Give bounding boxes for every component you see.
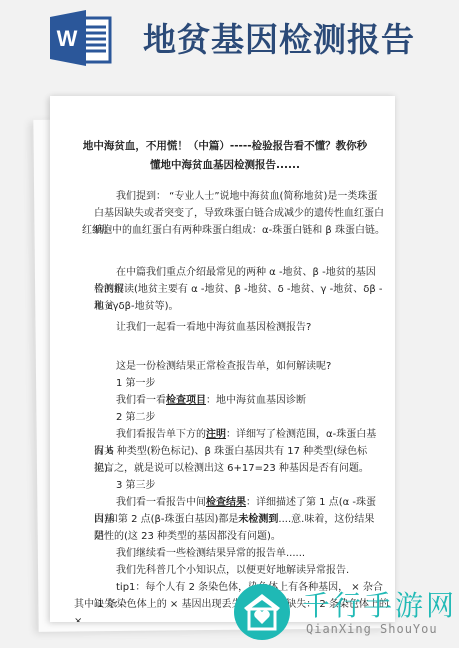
header: W 地贫基因检测报告 [0, 0, 459, 80]
word-icon: W [48, 8, 114, 68]
svg-text:W: W [57, 26, 78, 51]
paragraph-line: 和 εγδβ-地贫等)。 [94, 298, 384, 315]
house-heart-icon [234, 584, 290, 640]
not-detected-highlight: 未检测到 [238, 514, 278, 525]
article-heading-line1: 地中海贫血，不用慌！（中篇）-----检验报告看不懂？教你秒 [70, 136, 380, 156]
watermark-pinyin: QianXing ShouYou [306, 622, 438, 636]
paragraph-line: 让我们一起看一看地中海贫血基因检测报告? [94, 319, 384, 336]
paragraph-line: 我们继续看一些检测结果异常的报告单...... [94, 545, 384, 562]
site-watermark: 千行手游网 QianXing ShouYou [224, 578, 459, 648]
step2-label: 2 第二步 [94, 409, 384, 426]
paragraph-line: 红细胞中的血红蛋白有两种珠蛋白组成：α-珠蛋白链和 β 珠蛋白链。 [82, 222, 392, 239]
step3-key: 检查结果 [206, 497, 246, 508]
paragraph-line: 我们先科普几个小知识点，以便更好地解读异常报告. [94, 562, 384, 579]
paragraph-line: 我们提到： “专业人士”说地中海贫血(简称地贫)是一类珠蛋 [94, 188, 384, 205]
step1-line: 我们看一看检查项目：地中海贫血基因诊断 [94, 392, 384, 409]
paragraph-line: 阴性的(这 23 种类型的基因都没有问题)。 [94, 528, 384, 545]
paragraph-line: 这是一份检测结果正常检查报告单，如何解读呢? [94, 358, 384, 375]
step2-key: 注明 [206, 429, 226, 440]
step1-key: 检查项目 [166, 395, 206, 406]
step1-label: 1 第一步 [94, 375, 384, 392]
paragraph-line: 换言之，就是说可以检测出这 6+17=23 种基因是否有问题。 [94, 460, 384, 477]
article-heading-line2: 懂地中海贫血基因检测报告...... [70, 155, 380, 175]
document-page: 地中海贫血，不用慌！（中篇）-----检验报告看不懂？教你秒 懂地中海贫血基因检… [50, 96, 395, 622]
watermark-name: 千行手游网 [302, 584, 457, 624]
step3-label: 3 第三步 [94, 477, 384, 494]
document-title: 地贫基因检测报告 [143, 14, 415, 61]
